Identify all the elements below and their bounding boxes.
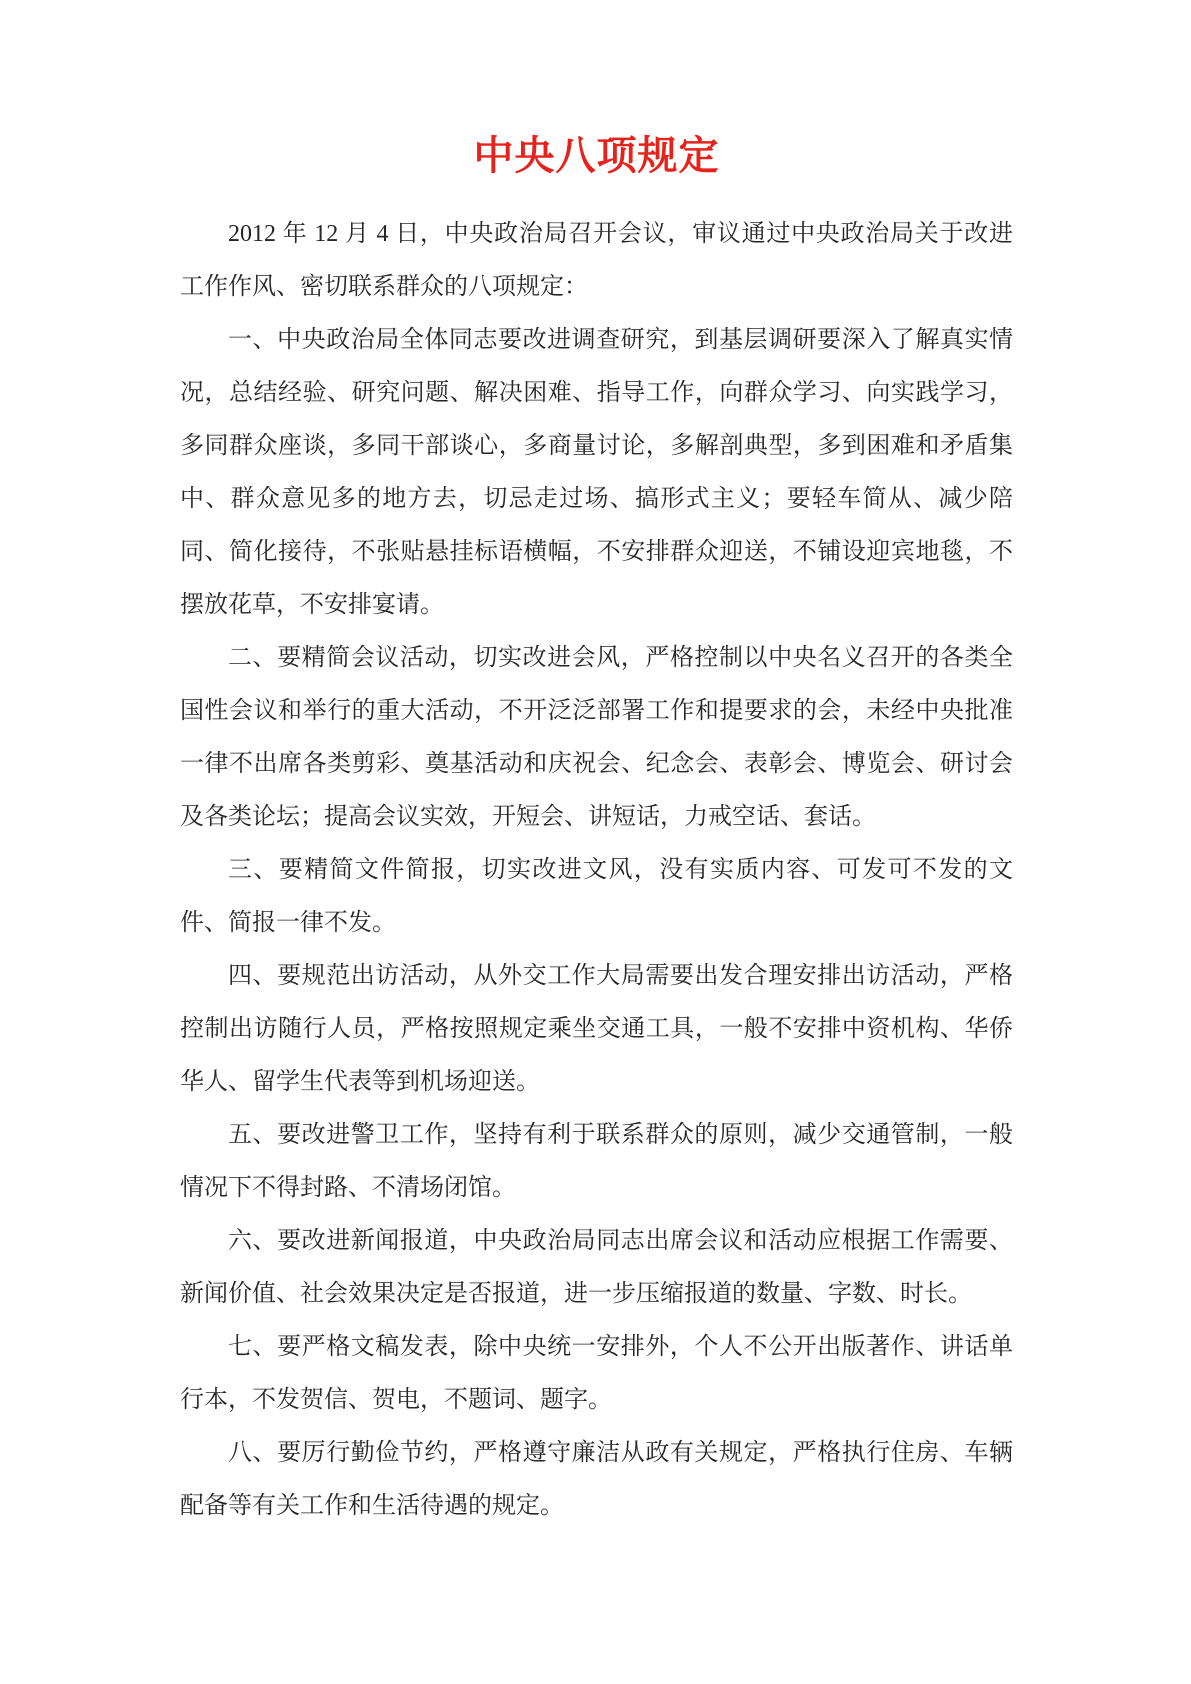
document-paragraph: 六、要改进新闻报道，中央政治局同志出席会议和活动应根据工作需要、新闻价值、社会效… bbox=[180, 1215, 1013, 1321]
page-title: 中央八项规定 bbox=[180, 128, 1013, 184]
document-paragraph: 五、要改进警卫工作，坚持有利于联系群众的原则，减少交通管制，一般情况下不得封路、… bbox=[180, 1109, 1013, 1215]
document-paragraph: 一、中央政治局全体同志要改进调查研究，到基层调研要深入了解真实情况，总结经验、研… bbox=[180, 314, 1013, 632]
document-body: 2012 年 12 月 4 日，中央政治局召开会议，审议通过中央政治局关于改进工… bbox=[180, 208, 1013, 1533]
document-paragraph: 2012 年 12 月 4 日，中央政治局召开会议，审议通过中央政治局关于改进工… bbox=[180, 208, 1013, 314]
document-paragraph: 二、要精简会议活动，切实改进会风，严格控制以中央名义召开的各类全国性会议和举行的… bbox=[180, 632, 1013, 844]
document-paragraph: 四、要规范出访活动，从外交工作大局需要出发合理安排出访活动，严格控制出访随行人员… bbox=[180, 950, 1013, 1109]
document-paragraph: 七、要严格文稿发表，除中央统一安排外，个人不公开出版著作、讲话单行本，不发贺信、… bbox=[180, 1321, 1013, 1427]
document-page: 中央八项规定 2012 年 12 月 4 日，中央政治局召开会议，审议通过中央政… bbox=[0, 0, 1191, 1684]
document-paragraph: 三、要精简文件简报，切实改进文风，没有实质内容、可发可不发的文件、简报一律不发。 bbox=[180, 844, 1013, 950]
document-paragraph: 八、要厉行勤俭节约，严格遵守廉洁从政有关规定，严格执行住房、车辆配备等有关工作和… bbox=[180, 1427, 1013, 1533]
